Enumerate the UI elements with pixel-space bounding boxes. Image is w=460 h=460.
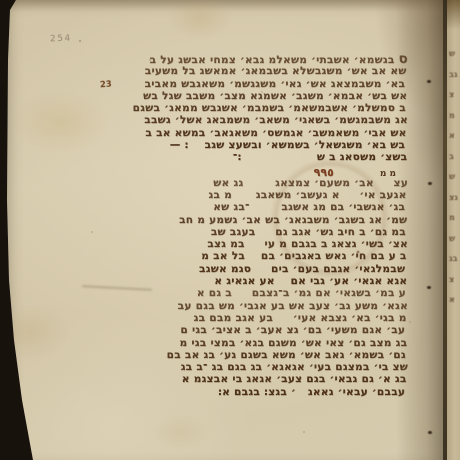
- script-line: אגא אגאי׳ אע׳ גבי אם אע אגאיג א: [110, 275, 408, 287]
- script-line: במ גם׳ ב חיב גש׳ אגב גם בעגב שב: [110, 226, 408, 238]
- script-line: בג׳ אגשבי׳ בם מג אשגב ־בג שא: [110, 201, 408, 213]
- sewing-hole: [428, 431, 432, 434]
- script-line: שבמלגאי׳ אגבם בעם׳ בים סגמ אשגב: [110, 263, 408, 275]
- script-line: עבבם׳ עבאי׳ גאאג ׳ בגצ׃ בגבם א׃: [110, 386, 408, 398]
- script-line: בש בא׳ משגשאל׳ בשמשא׳ ובשעצ שגב ׃ —: [110, 139, 408, 151]
- paragraph-2: עצ אב׳ משעם׳ צמצאג גג אשאגעב אי׳ א געשב׳…: [110, 177, 408, 398]
- script-line: בג א׳ גם גבאי׳ בגם צעב׳ אגאג בי אבצגמ א: [110, 373, 408, 385]
- script-line: ע במ׳ בשגאי׳ אם גמ׳ ב־גצבם ב גם א: [110, 287, 408, 299]
- script-line: אצ׳ בשי׳ גצאג ב בגבם מ עי במ גצב: [110, 238, 408, 250]
- script-line: אג משבמגשמ׳ בשאגי׳ משאב׳ משמבאג אשל׳ גשב…: [110, 114, 408, 126]
- script-line: ס בגשמא׳ אשבתי׳ משאלמ גבא׳ צמחי אבשג על …: [110, 53, 408, 65]
- script-line: שצ בי׳ במצגם בעי׳ אגאגא׳ בג בגם בג ־ב בג: [110, 361, 408, 373]
- sewing-hole: [428, 182, 432, 185]
- manuscript-page: 254 23 ס בגשמא׳ אשבתי׳ משאלמ גבא׳ צמחי א…: [0, 0, 446, 460]
- script-line: בג מצב גם׳ צאי אש׳ משגם בגא׳ במצי בגי מ: [110, 337, 408, 349]
- paragraph-1: ס בגשמא׳ אשבתי׳ משאלמ גבא׳ צמחי אבשג על …: [110, 53, 408, 164]
- manuscript-photo: 254 23 ס בגשמא׳ אשבתי׳ משאלמ גבא׳ צמחי א…: [0, 0, 460, 460]
- script-line: גם׳ בשמא׳ גאב אש׳ משא בשגם גע׳ בג אב בם: [110, 349, 408, 361]
- script-line: עצ אב׳ משעם׳ צמצאג גג אש: [110, 177, 408, 189]
- script-line: מ בגי׳ בא׳ גצבא אעי׳ בע אגב מבם בג: [110, 312, 408, 324]
- script-line: אגעב אי׳ א געשב׳ משאבג מ בג: [110, 189, 408, 201]
- script-line: שא אב אש׳ משגבשלא בשבמאג׳ אמאשג בל משעיב: [110, 65, 408, 77]
- script-line: בא׳ משבמצאג אש׳ גאי׳ משגגשמ׳ משאגבש מאבי…: [110, 78, 408, 90]
- sewing-hole: [427, 286, 431, 289]
- section-divider: מ מ٩٩٥: [110, 164, 408, 177]
- script-line: אש אבי׳ משאמשב׳ אגמשס׳ משאגאב׳ במשא אב ב: [110, 127, 408, 139]
- script-line: עב׳ אגם משעי׳ בם׳ גצ אעב׳ ב אציב׳ בגי ם: [110, 324, 408, 336]
- facing-page-text: שגבצמאבשגצמשבגצא: [449, 44, 458, 311]
- script-line: ב סמשלמ׳ אשבמשאמ׳ בשמבמ׳ אשגבש ממאג׳ בשג…: [110, 102, 408, 114]
- script-line: אש בש׳ אבמא׳ משגב׳ אשמגא מצב׳ משבב שגל ב…: [110, 90, 408, 102]
- script-line: בשצ׳ משסאג ב ש ׃־: [110, 151, 408, 163]
- facing-page-edge: שגבצמאבשגצמשבגצא: [447, 0, 460, 460]
- script-line: שמ׳ אג בשגב׳ משבגאג׳ בש אב׳ גשמע מ חב: [110, 214, 408, 226]
- text-block: ס בגשמא׳ אשבתי׳ משאלמ גבא׳ צמחי אבשג על …: [110, 53, 408, 398]
- script-line: אגא׳ משע גב׳ צעב אש בע אגבי׳ מש בגם עב: [110, 300, 408, 312]
- folio-number-pencil: 254: [50, 34, 72, 45]
- script-line: ב ע בם חי׳ גאש באגבים׳ בם בל אב מ: [110, 250, 408, 262]
- sewing-hole: [427, 80, 431, 83]
